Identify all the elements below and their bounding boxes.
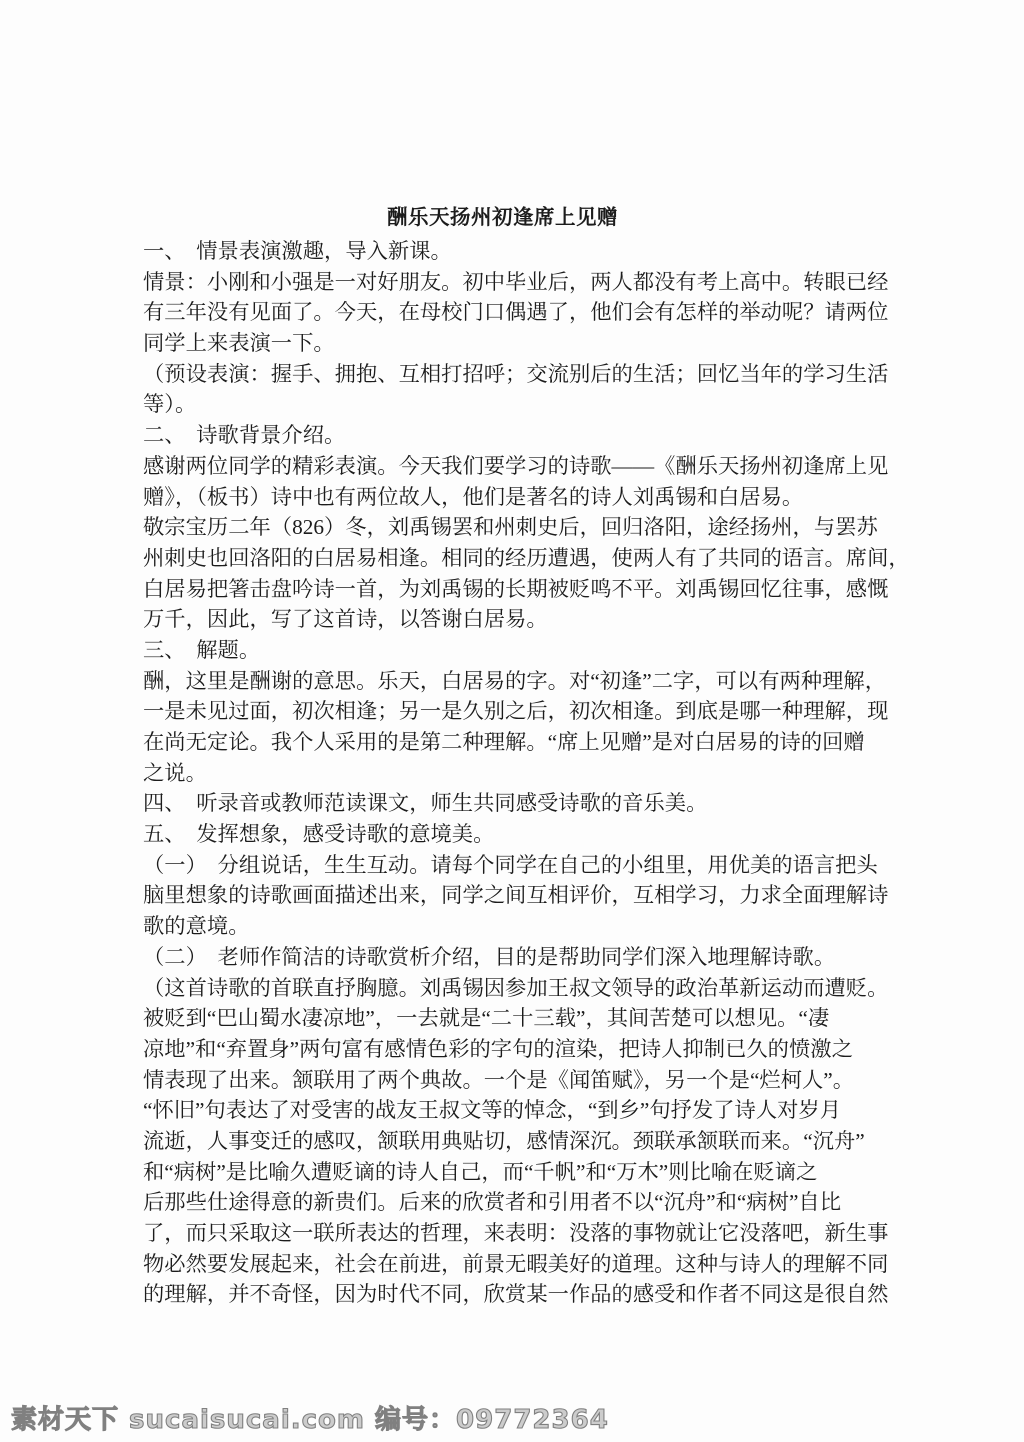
document-body: 一、 情景表演激趣，导入新课。情景：小刚和小强是一对好朋友。初中毕业后，两人都没… xyxy=(143,236,923,1310)
text-line: 流逝，人事变迁的感叹，颔联用典贴切，感情深沉。颈联承颔联而来。“沉舟” xyxy=(143,1126,923,1157)
document-title: 酬乐天扬州初逢席上见赠 xyxy=(0,203,1005,233)
text-line: 凉地”和“弃置身”两句富有感情色彩的字句的渲染，把诗人抑制已久的愤激之 xyxy=(143,1034,923,1065)
text-line: 三、 解题。 xyxy=(143,635,923,666)
text-line: 二、 诗歌背景介绍。 xyxy=(143,420,923,451)
text-line: 州刺史也回洛阳的白居易相逢。相同的经历遭遇，使两人有了共同的语言。席间， xyxy=(143,543,923,574)
text-line: 一是未见过面，初次相逢；另一是久别之后，初次相逢。到底是哪一种理解，现 xyxy=(143,696,923,727)
text-line: 脑里想象的诗歌画面描述出来，同学之间互相评价，互相学习，力求全面理解诗 xyxy=(143,880,923,911)
text-line: 情表现了出来。颔联用了两个典故。一个是《闻笛赋》，另一个是“烂柯人”。 xyxy=(143,1065,923,1096)
text-line: 的理解，并不奇怪，因为时代不同，欣赏某一作品的感受和作者不同这是很自然 xyxy=(143,1279,923,1310)
text-line: 万千，因此，写了这首诗，以答谢白居易。 xyxy=(143,604,923,635)
text-line: （二） 老师作简洁的诗歌赏析介绍，目的是帮助同学们深入地理解诗歌。 xyxy=(143,942,923,973)
text-line: 敬宗宝历二年（826）冬，刘禹锡罢和州刺史后，回归洛阳，途经扬州，与罢苏 xyxy=(143,512,923,543)
text-line: 同学上来表演一下。 xyxy=(143,328,923,359)
text-line: “怀旧”句表达了对受害的战友王叔文等的悼念，“到乡”句抒发了诗人对岁月 xyxy=(143,1095,923,1126)
document-page: 酬乐天扬州初逢席上见赠 一、 情景表演激趣，导入新课。情景：小刚和小强是一对好朋… xyxy=(0,0,1024,1442)
text-line: 和“病树”是比喻久遭贬谪的诗人自己，而“千帆”和“万木”则比喻在贬谪之 xyxy=(143,1157,923,1188)
text-line: 歌的意境。 xyxy=(143,911,923,942)
text-line: 五、 发挥想象，感受诗歌的意境美。 xyxy=(143,819,923,850)
text-line: 等）。 xyxy=(143,389,923,420)
text-line: 物必然要发展起来，社会在前进，前景无暇美好的道理。这种与诗人的理解不同 xyxy=(143,1249,923,1280)
text-line: 一、 情景表演激趣，导入新课。 xyxy=(143,236,923,267)
text-line: 了，而只采取这一联所表达的哲理，来表明：没落的事物就让它没落吧，新生事 xyxy=(143,1218,923,1249)
text-line: 有三年没有见面了。今天，在母校门口偶遇了，他们会有怎样的举动呢？请两位 xyxy=(143,297,923,328)
text-line: （这首诗歌的首联直抒胸臆。刘禹锡因参加王叔文领导的政治革新运动而遭贬。 xyxy=(143,973,923,1004)
watermark-text: 素材天下 sucaisucai.com 编号：09772364 xyxy=(11,1405,609,1435)
text-line: 在尚无定论。我个人采用的是第二种理解。“席上见赠”是对白居易的诗的回赠 xyxy=(143,727,923,758)
text-line: （一） 分组说话，生生互动。请每个同学在自己的小组里，用优美的语言把头 xyxy=(143,850,923,881)
text-line: 之说。 xyxy=(143,758,923,789)
text-line: 后那些仕途得意的新贵们。后来的欣赏者和引用者不以“沉舟”和“病树”自比 xyxy=(143,1187,923,1218)
text-line: （预设表演：握手、拥抱、互相打招呼；交流别后的生活；回忆当年的学习生活 xyxy=(143,359,923,390)
text-line: 感谢两位同学的精彩表演。今天我们要学习的诗歌——《酬乐天扬州初逢席上见 xyxy=(143,451,923,482)
text-line: 被贬到“巴山蜀水凄凉地”，一去就是“二十三载”，其间苦楚可以想见。“凄 xyxy=(143,1003,923,1034)
text-line: 酬，这里是酬谢的意思。乐天，白居易的字。对“初逢”二字，可以有两种理解， xyxy=(143,666,923,697)
watermark: 素材天下 sucaisucai.com 编号：09772364 xyxy=(11,1399,609,1436)
text-line: 情景：小刚和小强是一对好朋友。初中毕业后，两人都没有考上高中。转眼已经 xyxy=(143,267,923,298)
text-line: 四、 听录音或教师范读课文，师生共同感受诗歌的音乐美。 xyxy=(143,788,923,819)
text-line: 赠》，（板书）诗中也有两位故人，他们是著名的诗人刘禹锡和白居易。 xyxy=(143,482,923,513)
text-line: 白居易把箸击盘吟诗一首，为刘禹锡的长期被贬鸣不平。刘禹锡回忆往事，感慨 xyxy=(143,574,923,605)
